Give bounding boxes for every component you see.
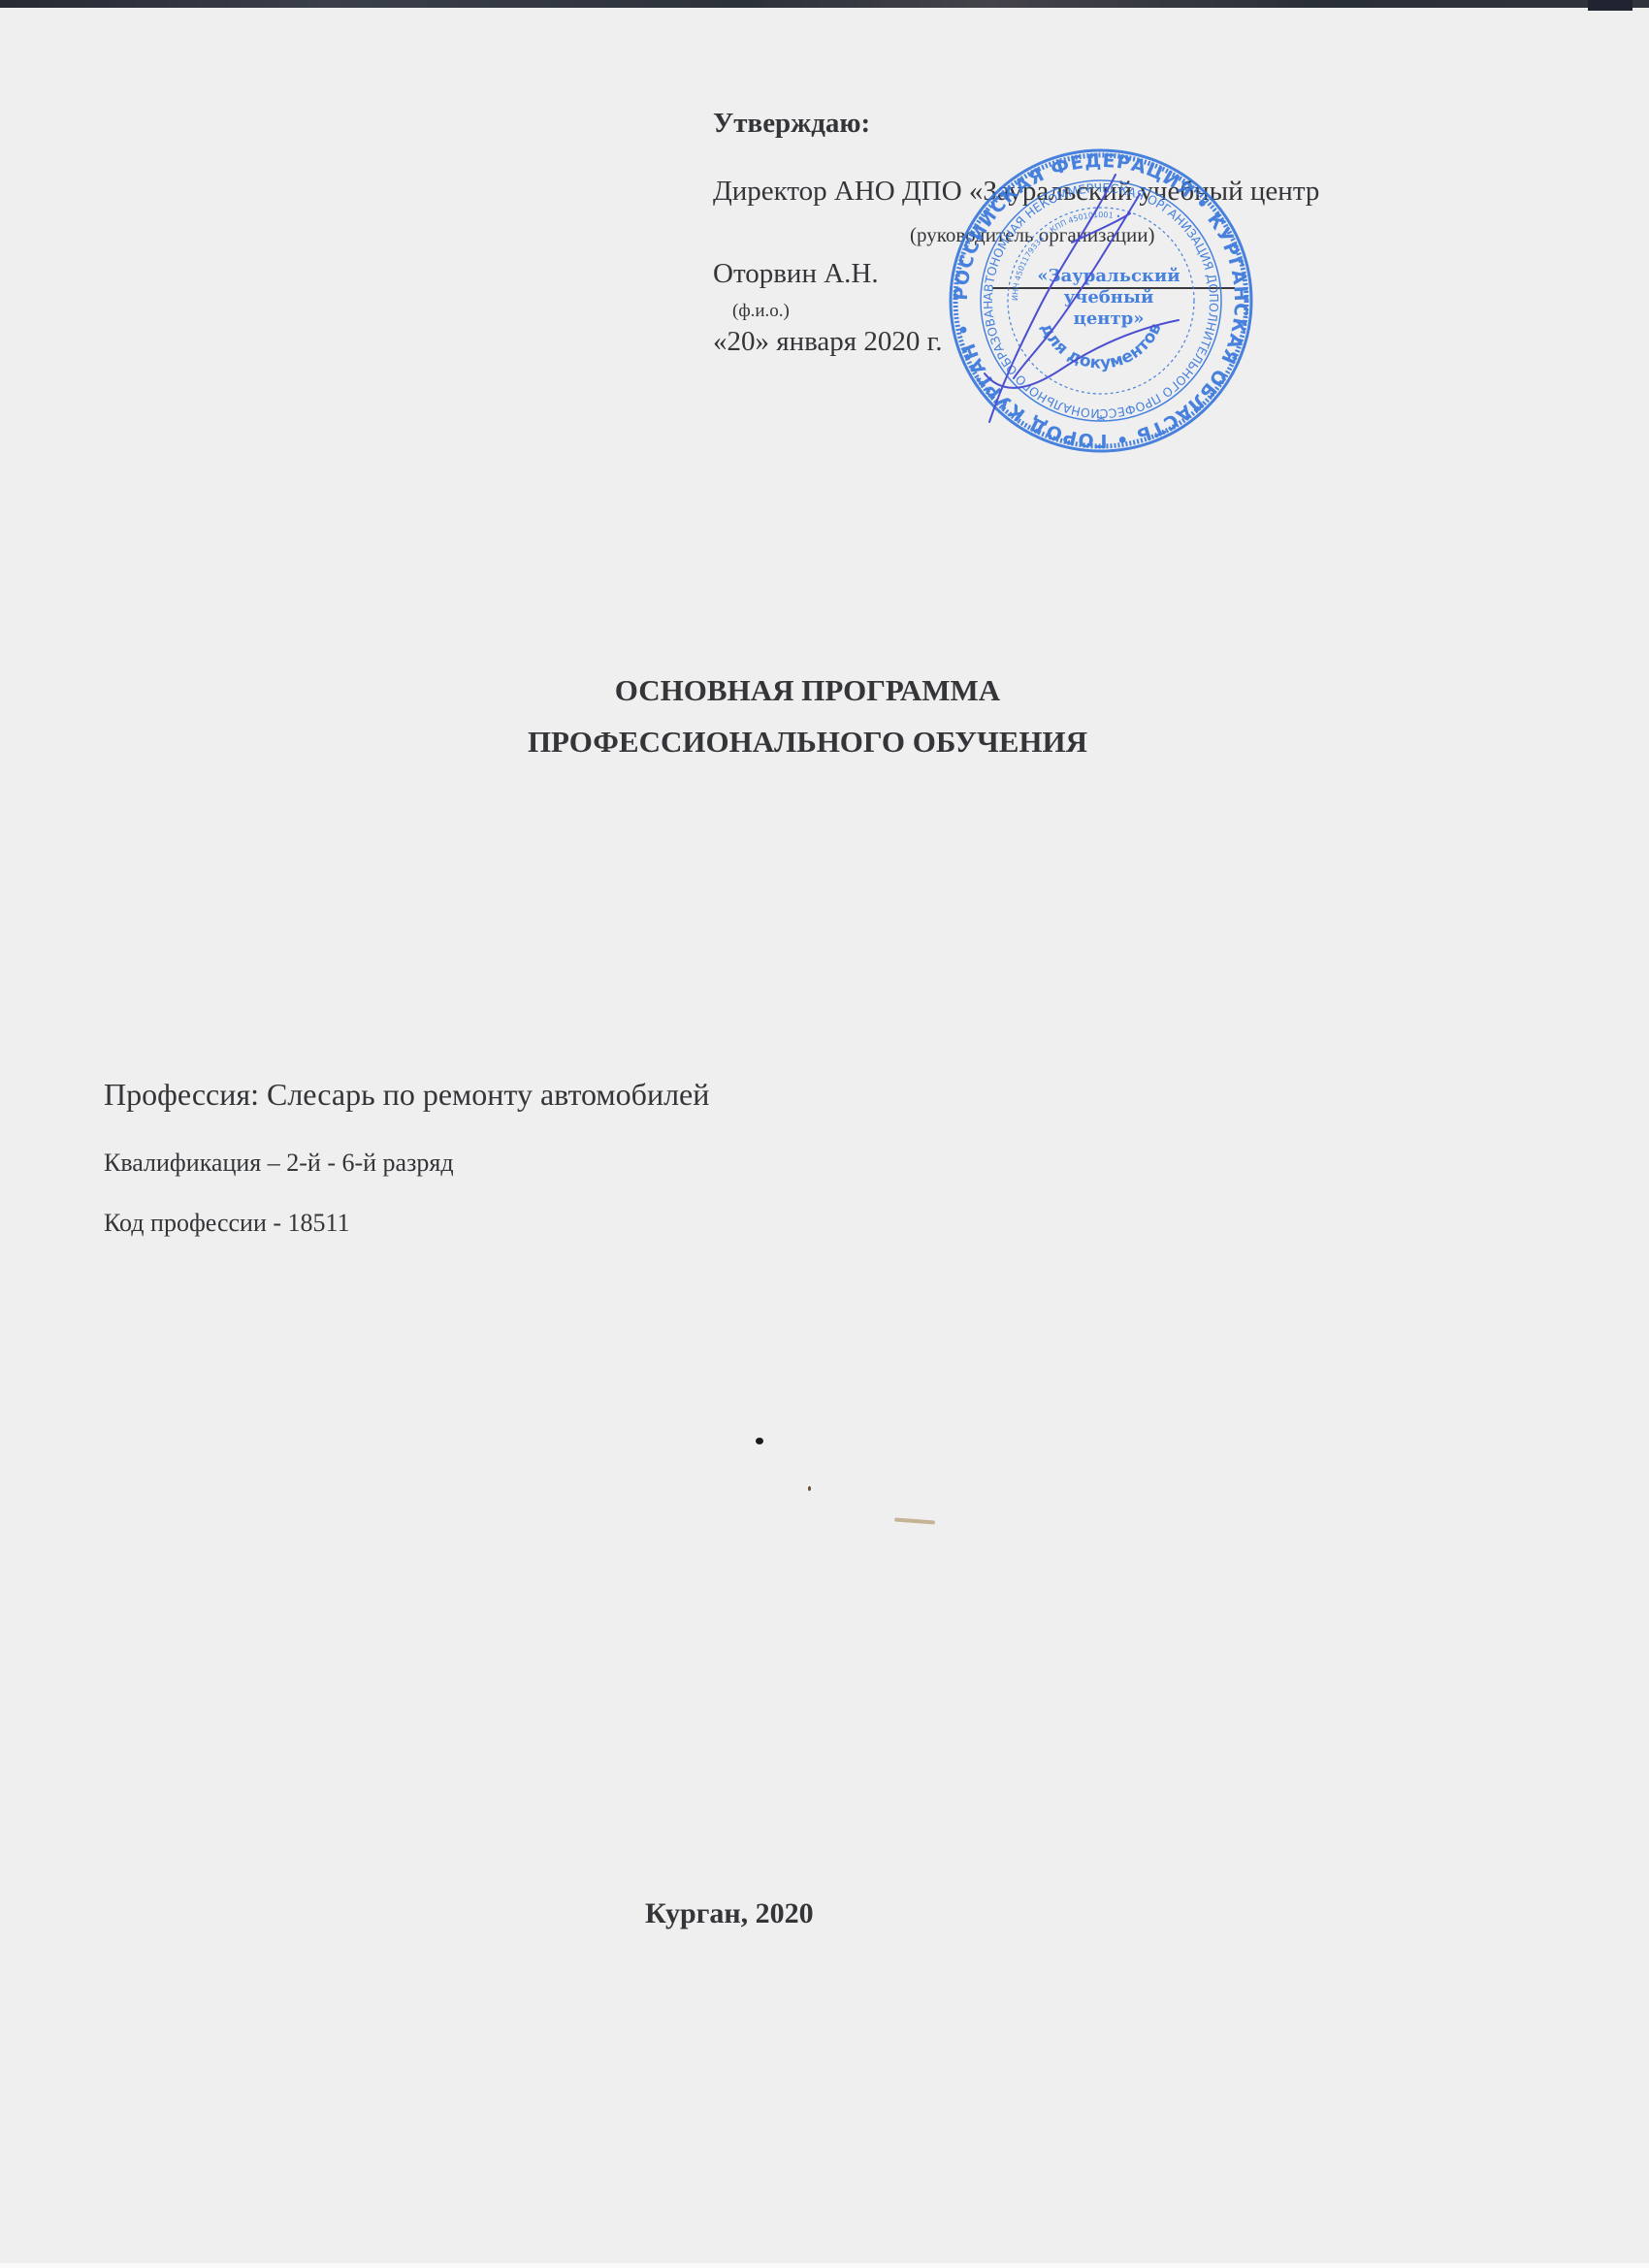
approval-date: «20» января 2020 г. xyxy=(713,328,943,356)
organization-stamp: РОССИЙСКАЯ ФЕДЕРАЦИЯ • КУРГАНСКАЯ ОБЛАСТ… xyxy=(946,146,1256,456)
stamp-center-line-1: «Зауральский xyxy=(1037,266,1180,286)
profession-field: Профессия: Слесарь по ремонту автомобиле… xyxy=(104,1079,709,1110)
qualification-field: Квалификация – 2-й - 6-й разряд xyxy=(104,1150,454,1176)
scan-edge-mark xyxy=(1588,0,1633,11)
profession-code-field: Код профессии - 18511 xyxy=(104,1211,350,1236)
scan-edge-bar xyxy=(0,0,1649,8)
document-title-line-2: ПРОФЕССИОНАЛЬНОГО ОБУЧЕНИЯ xyxy=(0,727,1615,757)
approver-name-caption: (ф.и.о.) xyxy=(732,302,790,320)
approver-name: Оторвин А.Н. xyxy=(713,260,879,288)
approval-heading: Утверждаю: xyxy=(713,110,870,138)
stamp-center-line-2: учебный xyxy=(1064,287,1154,308)
scan-speck xyxy=(808,1486,811,1491)
document-title-line-1: ОСНОВНАЯ ПРОГРАММА xyxy=(0,675,1615,705)
scan-bottom-edge xyxy=(0,2263,1649,2268)
scan-speck xyxy=(756,1438,763,1444)
scan-speck xyxy=(894,1518,935,1525)
city-year: Курган, 2020 xyxy=(645,1899,814,1928)
stamp-center-line-3: центр» xyxy=(1074,308,1145,329)
stamp-star-icon: * xyxy=(1097,411,1106,431)
